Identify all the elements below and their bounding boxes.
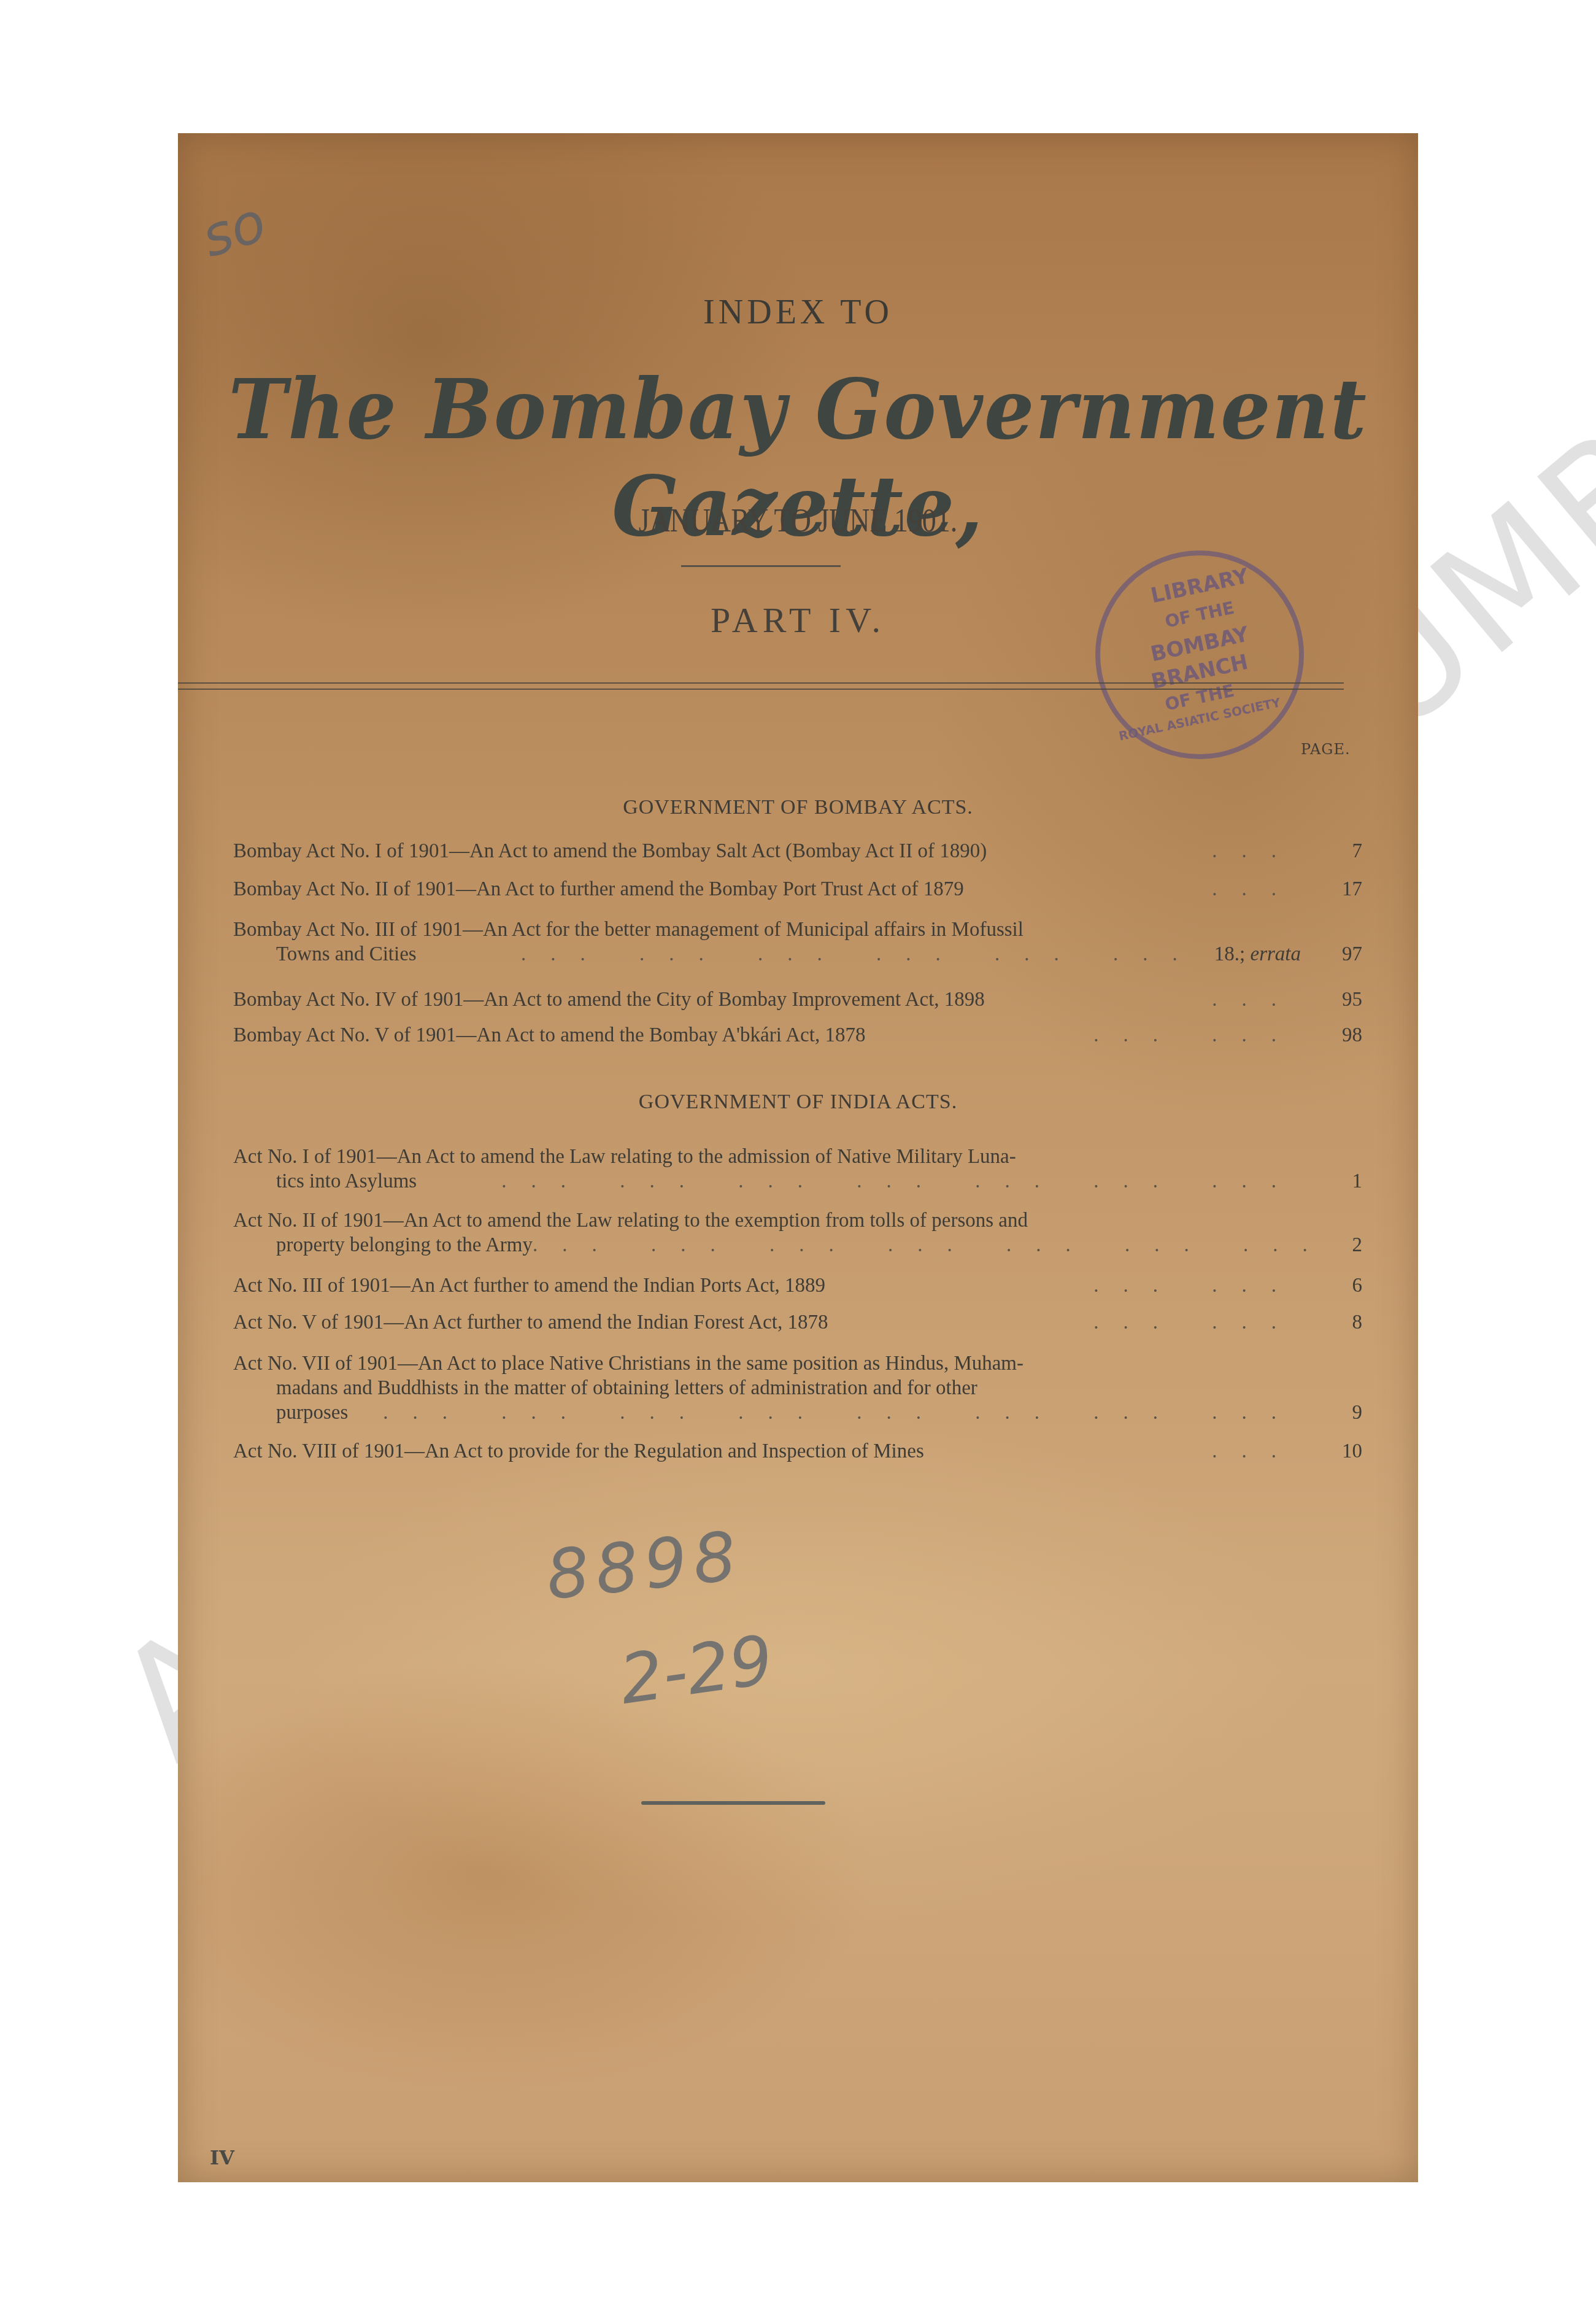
closing-rule bbox=[641, 1801, 825, 1805]
index-entry: Bombay Act No. IV of 1901—An Act to amen… bbox=[233, 987, 1362, 1012]
entry-title: Act No. V of 1901—An Act further to amen… bbox=[233, 1310, 828, 1335]
index-entry: Bombay Act No. III of 1901—An Act for th… bbox=[233, 917, 1362, 967]
page-number: 98 bbox=[1313, 1023, 1362, 1048]
entry-title: Act No. VII of 1901—An Act to place Nati… bbox=[233, 1351, 1024, 1376]
index-entry: Bombay Act No. II of 1901—An Act to furt… bbox=[233, 877, 1362, 901]
dot-leader: ... ... bbox=[825, 1273, 1313, 1298]
index-entry: Act No. I of 1901—An Act to amend the La… bbox=[233, 1144, 1362, 1194]
entry-title: Bombay Act No. II of 1901—An Act to furt… bbox=[233, 877, 964, 901]
page-number: 17 bbox=[1313, 877, 1362, 901]
errata-note: errata bbox=[1251, 943, 1301, 965]
page-column-label: PAGE. bbox=[1301, 741, 1351, 758]
entry-title-continued: Towns and Cities bbox=[233, 942, 417, 967]
dot-leader: ... ... ... ... ... ... bbox=[417, 942, 1214, 967]
page-number: 10 bbox=[1313, 1439, 1362, 1464]
page-number: 97 bbox=[1313, 942, 1362, 967]
dot-leader: ... ... ... ... ... ... ... bbox=[417, 1169, 1313, 1194]
dot-leader: ... bbox=[987, 839, 1313, 863]
pencil-annotation: 2-29 bbox=[615, 1620, 777, 1719]
index-entry: Bombay Act No. V of 1901—An Act to amend… bbox=[233, 1023, 1362, 1048]
section-heading-india-acts: GOVERNMENT OF INDIA ACTS. bbox=[178, 1090, 1418, 1114]
page-number: 8 bbox=[1313, 1310, 1362, 1335]
pencil-annotation: so bbox=[194, 190, 273, 270]
signature-mark: IV bbox=[210, 2146, 234, 2169]
entry-title-continued: purposes bbox=[233, 1400, 348, 1425]
entry-title: Act No. VIII of 1901—An Act to provide f… bbox=[233, 1439, 924, 1464]
page-number: 6 bbox=[1313, 1273, 1362, 1298]
entry-title: Act No. III of 1901—An Act further to am… bbox=[233, 1273, 825, 1298]
pencil-annotation: 8898 bbox=[542, 1516, 746, 1615]
entry-title-continued: property belonging to the Army bbox=[233, 1233, 533, 1257]
entry-title-continued: tics into Asylums bbox=[233, 1169, 417, 1194]
dot-leader: ... bbox=[964, 877, 1313, 901]
entry-title: Bombay Act No. V of 1901—An Act to amend… bbox=[233, 1023, 865, 1048]
reference-page: 18.; bbox=[1214, 943, 1245, 965]
entry-reference: 18.; errata bbox=[1214, 942, 1313, 967]
short-divider bbox=[681, 565, 841, 567]
page-number: 1 bbox=[1313, 1169, 1362, 1194]
section-heading-bombay-acts: GOVERNMENT OF BOMBAY ACTS. bbox=[178, 796, 1418, 819]
index-entry: Act No. VII of 1901—An Act to place Nati… bbox=[233, 1351, 1362, 1425]
date-range: JANUARY TO JUNE 1901. bbox=[271, 501, 1325, 539]
dot-leader: ... bbox=[985, 987, 1313, 1012]
dot-leader: ... ... ... ... ... ... ... ... bbox=[348, 1400, 1313, 1425]
entry-title-continued: madans and Buddhists in the matter of ob… bbox=[233, 1376, 977, 1400]
page-number: 7 bbox=[1313, 839, 1362, 863]
library-stamp: LIBRARY OF THE BOMBAY BRANCH OF THE ROYA… bbox=[1095, 550, 1304, 759]
entry-title: Bombay Act No. I of 1901—An Act to amend… bbox=[233, 839, 987, 863]
entry-title: Act No. I of 1901—An Act to amend the La… bbox=[233, 1144, 1016, 1169]
dot-leader: ... bbox=[924, 1439, 1313, 1464]
dot-leader: ... ... bbox=[828, 1310, 1313, 1335]
index-entry: Bombay Act No. I of 1901—An Act to amend… bbox=[233, 839, 1362, 863]
index-entry: Act No. VIII of 1901—An Act to provide f… bbox=[233, 1439, 1362, 1464]
page-number: 9 bbox=[1313, 1400, 1362, 1425]
double-rule-divider bbox=[178, 682, 1344, 690]
index-entry: Act No. V of 1901—An Act further to amen… bbox=[233, 1310, 1362, 1335]
entry-title: Act No. II of 1901—An Act to amend the L… bbox=[233, 1208, 1028, 1233]
entry-title: Bombay Act No. IV of 1901—An Act to amen… bbox=[233, 987, 985, 1012]
page-number: 2 bbox=[1313, 1233, 1362, 1257]
index-entry: Act No. III of 1901—An Act further to am… bbox=[233, 1273, 1362, 1298]
page-number: 95 bbox=[1313, 987, 1362, 1012]
index-entry: Act No. II of 1901—An Act to amend the L… bbox=[233, 1208, 1362, 1257]
entry-title: Bombay Act No. III of 1901—An Act for th… bbox=[233, 917, 1024, 942]
gazette-index-page: so INDEX TO The Bombay Government Gazett… bbox=[178, 133, 1418, 2182]
dot-leader: ... ... bbox=[865, 1023, 1313, 1048]
index-to-heading: INDEX TO bbox=[178, 293, 1418, 332]
dot-leader: ... ... ... ... ... ... ... bbox=[533, 1233, 1313, 1257]
